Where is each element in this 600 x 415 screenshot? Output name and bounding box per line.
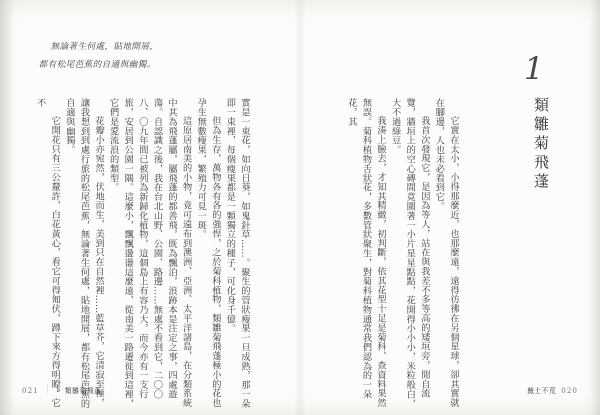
chapter-title: 類雛菊飛蓬 [531,97,552,192]
epigraph-line-2: 都有松尾芭蕉的自適與幽獨。 [37,57,158,75]
chapter-number: 1 [524,54,544,85]
footer-chapter-title: 類雛菊飛蓬 [65,385,101,395]
footer-separator: ｜ [44,384,51,396]
paragraph: 我湊上臉去，才知其精緻，初判斷，依其花型十足是菊科，查資料果然無誤。菊科植物舌狀… [343,98,387,410]
paragraph: 它實在太小，小得那麼近，也那麼遠，遠得彷彿在另個星球，卻其實就在腳邊，人也未必看… [431,98,460,410]
left-page-body: 實是一束花，如向日葵，如鬼針草……。聚生的管狀瘦果一旦成熟，那一朵即一束裡，每個… [32,98,251,410]
book-spread: 無論著生何處，貼地開展， 都有松尾芭蕉的自適與幽獨。 實是一束花，如向日葵，如鬼… [0,0,600,415]
page-left: 無論著生何處，貼地開展， 都有松尾芭蕉的自適與幽獨。 實是一束花，如向日葵，如鬼… [0,0,300,415]
paragraph: 它開花只有三公釐許，白花黃心，看它可得匍伏，蹲下來方得明瞭，它不 [32,98,61,410]
paragraph: 這原居南美的小物，竟可遠布到澳洲、亞洲、太平洋諸島，在分類系統中其為飛蓬屬，屬飛… [105,98,193,410]
page-number: 021 [22,386,39,395]
page-right: 1 類雛菊飛蓬 它實在太小，小得那麼近，也那麼遠，遠得彷彿在另個星球，卻其實就在… [300,0,600,415]
paragraph: 但為生存，萬物各有各的強悍，之於菊科植物，類雛菊飛蓬極小的花也孕生無數瘦果，繁殖… [193,98,222,410]
footer-book-title: 蕪土不荒 [527,385,556,395]
right-page-footer: 蕪土不荒 020 [527,385,578,395]
epigraph-line-1: 無論著生何處，貼地開展， [41,39,162,57]
footer-chapter-number: 1 [56,386,60,394]
paragraph: 花瓣小亦宛然，伏地而生，美到只在自然裡……藍草芥，它清寂至極，讓我想到到處行旅的… [61,98,105,410]
paragraph: 我首次發現它，是因為等人，站在與我差不多等高的矮垣旁，閒自流覽，牆垣上的空心磚間… [387,98,431,410]
left-page-footer: 021 ｜ 1 類雛菊飛蓬 [22,385,101,395]
paragraph: 實是一束花，如向日葵，如鬼針草……。聚生的管狀瘦果一旦成熟，那一朵即一束裡，每個… [222,98,251,410]
right-page-body: 它實在太小，小得那麼近，也那麼遠，遠得彷彿在另個星球，卻其實就在腳邊，人也未必看… [343,98,460,410]
epigraph: 無論著生何處，貼地開展， 都有松尾芭蕉的自適與幽獨。 [37,39,161,74]
page-number: 020 [561,386,578,395]
